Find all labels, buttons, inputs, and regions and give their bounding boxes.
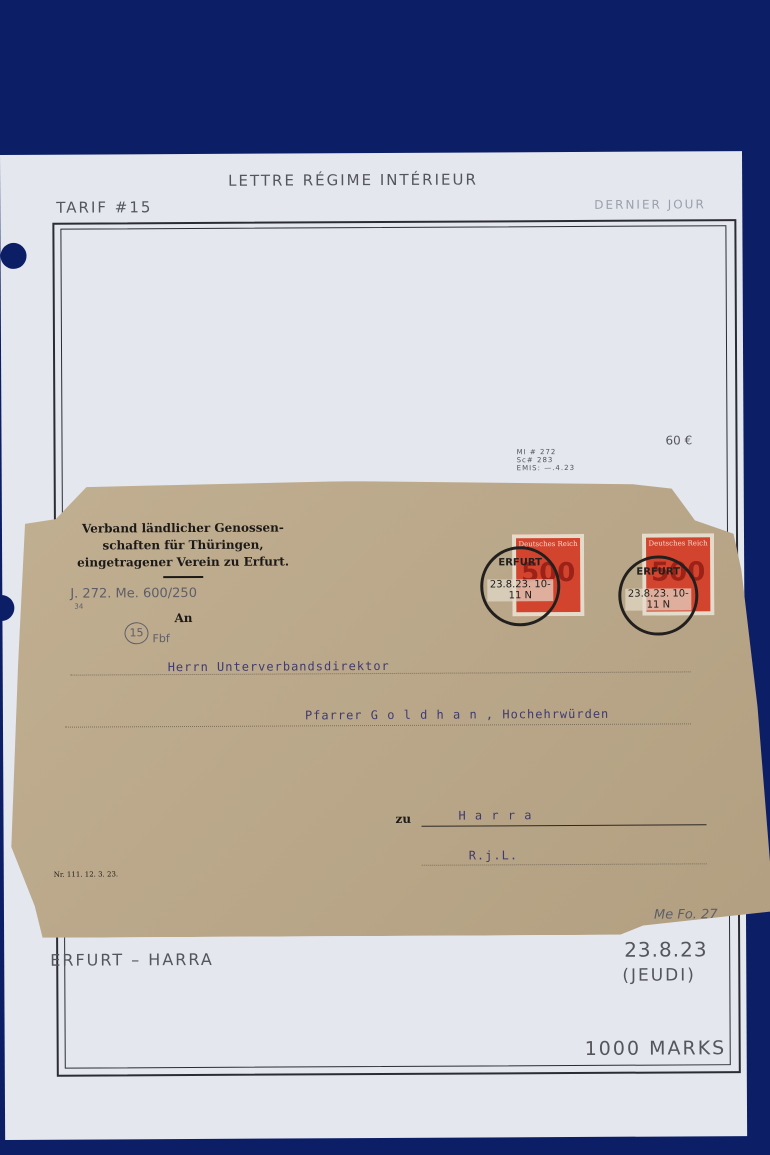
catalog-note: MI # 272 Sc# 283 EMIS: —.4.23 — [517, 448, 575, 472]
divider — [163, 576, 203, 578]
punch-hole — [0, 243, 26, 269]
date-label: 23.8.23 — [624, 937, 707, 961]
postmark: ERFURT 23.8.23. 10-11 N — [480, 546, 560, 626]
page-title: LETTRE RÉGIME INTÉRIEUR — [228, 170, 478, 189]
pencil-small: 34 — [74, 603, 83, 611]
price: 60 € — [665, 433, 692, 447]
town-underline — [422, 824, 707, 826]
sender-block: Verband ländlicher Genossen- schaften fü… — [77, 519, 289, 578]
rate-label: 1000 MARKS — [585, 1037, 727, 1060]
address-line2: Pfarrer G o l d h a n , Hochehrwürden — [305, 707, 609, 723]
pencil-fbf: Fbf — [153, 632, 170, 645]
zu-label: zu — [395, 811, 411, 828]
tarif-label: TARIF #15 — [56, 198, 152, 217]
postmark: ERFURT 23.8.23. 10-11 N — [618, 555, 698, 635]
address-rule — [65, 723, 691, 727]
address-rule — [71, 671, 691, 675]
form-number: Nr. 111. 12. 3. 23. — [54, 866, 118, 883]
album-page: LETTRE RÉGIME INTÉRIEUR TARIF #15 DERNIE… — [0, 151, 747, 1140]
pencil-note: J. 272. Me. 600/250 — [70, 586, 197, 602]
address-region: R.j.L. — [469, 848, 518, 862]
route-label: ERFURT – HARRA — [50, 950, 214, 970]
circled-number: 15 — [124, 622, 148, 644]
address-line1: Herrn Unterverbandsdirektor — [168, 659, 390, 674]
an-label: An — [174, 610, 192, 627]
address-rule — [422, 863, 707, 865]
punch-hole — [0, 595, 14, 621]
weekday-label: (JEUDI) — [622, 965, 696, 985]
envelope: Verband ländlicher Genossen- schaften fü… — [2, 479, 770, 938]
note-right: DERNIER JOUR — [594, 197, 706, 212]
address-town: H a r r a — [458, 808, 532, 822]
